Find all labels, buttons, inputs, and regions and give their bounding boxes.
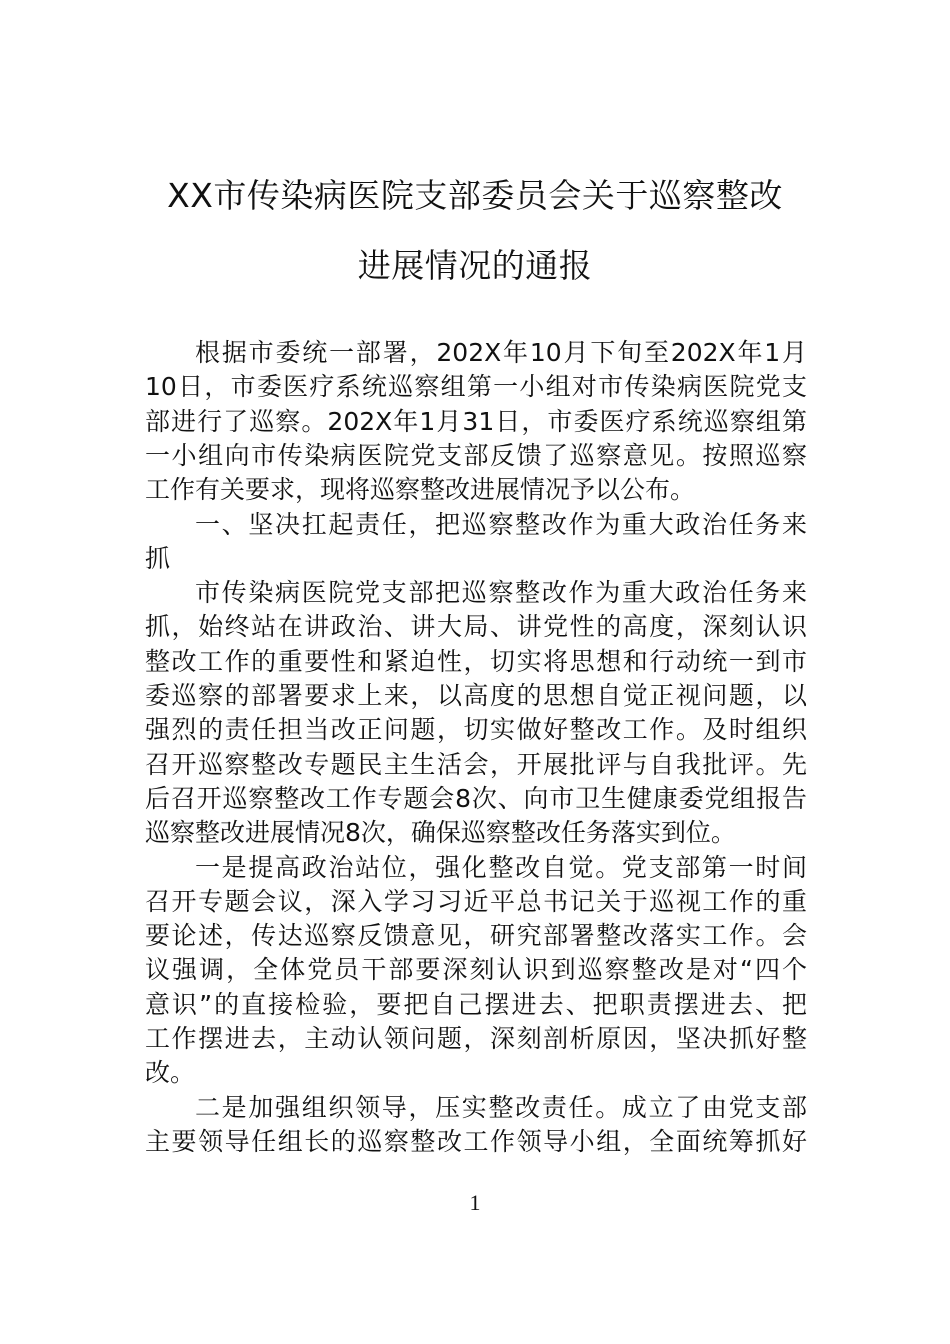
paragraph-line: 部进行了巡察。202X年1月31日，市委医疗系统巡察组第 bbox=[145, 405, 807, 439]
paragraph-line: 委巡察的部署要求上来，以高度的思想自觉正视问题，以 bbox=[145, 679, 807, 713]
paragraph-line: 要论述，传达巡察反馈意见，研究部署整改落实工作。会 bbox=[145, 919, 807, 953]
paragraph-line: 意识”的直接检验，要把自己摆进去、把职责摆进去、把 bbox=[145, 988, 807, 1022]
paragraph-line: 后召开巡察整改工作专题会8次、向市卫生健康委党组报告 bbox=[145, 782, 807, 816]
paragraph-line: 一是提高政治站位，强化整改自觉。党支部第一时间 bbox=[195, 851, 807, 885]
document-page: XX市传染病医院支部委员会关于巡察整改 进展情况的通报 根据市委统一部署，202… bbox=[0, 0, 950, 1344]
paragraph-line: 市传染病医院党支部把巡察整改作为重大政治任务来 bbox=[195, 576, 807, 610]
paragraph-line: 主要领导任组长的巡察整改工作领导小组，全面统筹抓好 bbox=[145, 1125, 807, 1159]
paragraph-line: 议强调，全体党员干部要深刻认识到巡察整改是对“四个 bbox=[145, 953, 807, 987]
paragraph-line: 召开专题会议，深入学习习近平总书记关于巡视工作的重 bbox=[145, 885, 807, 919]
page-number: 1 bbox=[0, 1188, 950, 1218]
paragraph-line: 一、坚决扛起责任，把巡察整改作为重大政治任务来 bbox=[195, 508, 807, 542]
paragraph-line: 工作有关要求，现将巡察整改进展情况予以公布。 bbox=[145, 473, 807, 507]
document-title-line-2: 进展情况的通报 bbox=[0, 246, 950, 286]
paragraph-line: 抓，始终站在讲政治、讲大局、讲党性的高度，深刻认识 bbox=[145, 610, 807, 644]
paragraph-line: 强烈的责任担当改正问题，切实做好整改工作。及时组织 bbox=[145, 713, 807, 747]
paragraph-line: 10日，市委医疗系统巡察组第一小组对市传染病医院党支 bbox=[145, 370, 807, 404]
document-title-line-1: XX市传染病医院支部委员会关于巡察整改 bbox=[0, 176, 950, 216]
paragraph-line: 工作摆进去，主动认领问题，深刻剖析原因，坚决抓好整 bbox=[145, 1022, 807, 1056]
paragraph-line: 召开巡察整改专题民主生活会，开展批评与自我批评。先 bbox=[145, 748, 807, 782]
paragraph-line: 整改工作的重要性和紧迫性，切实将思想和行动统一到市 bbox=[145, 645, 807, 679]
paragraph-line: 抓 bbox=[145, 542, 807, 576]
paragraph-line: 改。 bbox=[145, 1056, 807, 1090]
paragraph-line: 二是加强组织领导，压实整改责任。成立了由党支部 bbox=[195, 1091, 807, 1125]
paragraph-line: 根据市委统一部署，202X年10月下旬至202X年1月 bbox=[195, 336, 807, 370]
paragraph-line: 巡察整改进展情况8次，确保巡察整改任务落实到位。 bbox=[145, 816, 807, 850]
paragraph-line: 一小组向市传染病医院党支部反馈了巡察意见。按照巡察 bbox=[145, 439, 807, 473]
